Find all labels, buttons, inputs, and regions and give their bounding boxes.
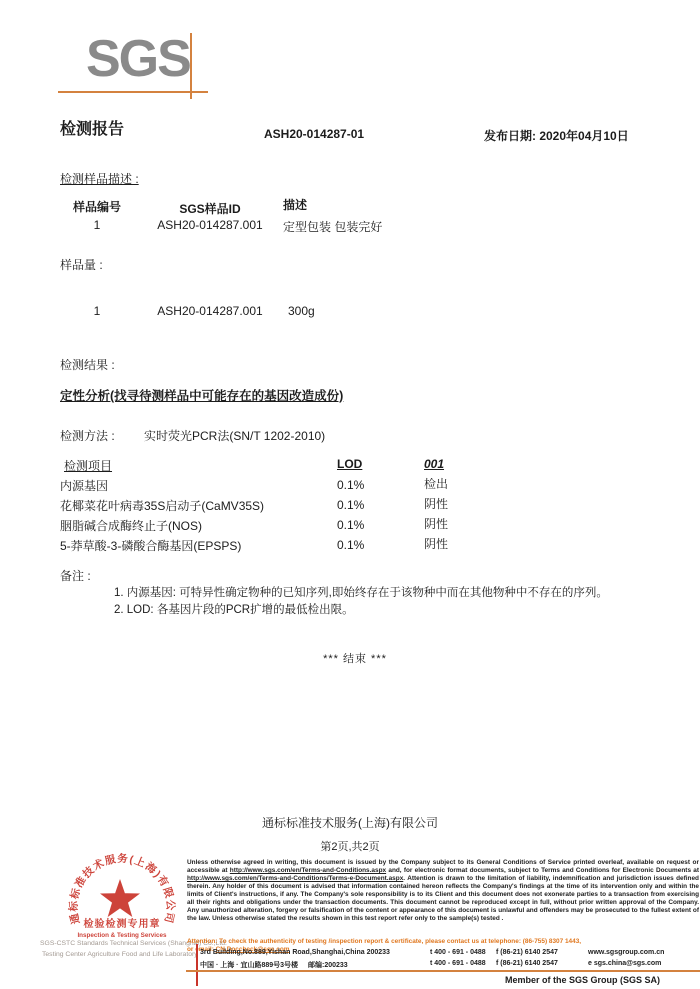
remarks-heading: 备注 :: [60, 567, 91, 584]
quantity-value: 300g: [288, 304, 315, 318]
quantity-sample-id: ASH20-014287.001: [139, 304, 281, 318]
website: www.sgsgroup.com.cn: [588, 949, 664, 956]
page-title: 检测报告: [60, 116, 124, 139]
column-header-sgs-sample-id: SGS样品ID: [139, 200, 281, 217]
logo-vertical-rule: [190, 33, 192, 99]
telephone-cn: t 400 - 691 - 0488: [430, 960, 486, 967]
qualitative-analysis-title: 定性分析(找寻待测样品中可能存在的基因改造成份): [60, 386, 343, 404]
report-number: ASH20-014287-01: [264, 127, 364, 141]
address-cn: 中国 · 上海 · 宜山路889号3号楼: [200, 960, 298, 970]
stamp-center-text-cn: 检验检测专用章: [84, 917, 161, 930]
result-value: 阴性: [424, 515, 448, 532]
result-value: 检出: [424, 475, 448, 492]
postcode-cn: 邮编:200233: [308, 960, 348, 970]
sgs-sample-id-value: ASH20-014287.001: [139, 218, 281, 232]
result-lod: 0.1%: [337, 498, 364, 512]
result-item-name: 花椰菜花叶病毒35S启动子(CaMV35S): [60, 497, 264, 514]
column-header-sample-no: 样品编号: [55, 198, 139, 215]
sgs-logo: SGS: [86, 31, 190, 88]
legal-disclaimer: Unless otherwise agreed in writing, this…: [187, 859, 699, 923]
fax-cn: f (86-21) 6140 2547: [496, 960, 558, 967]
method-value: 实时荧光PCR法(SN/T 1202-2010): [144, 427, 325, 444]
email: e sgs.china@sgs.com: [588, 960, 661, 967]
issue-date: 发布日期: 2020年04月10日: [484, 127, 629, 144]
result-item-name: 内源基因: [60, 477, 108, 494]
result-lod: 0.1%: [337, 478, 364, 492]
results-column-lod: LOD: [337, 457, 362, 471]
address-en: 3rd Building,No.889,Yishan Road,Shanghai…: [200, 949, 390, 956]
result-value: 阴性: [424, 495, 448, 512]
inspection-testing-stamp: 通标标准技术服务(上海)有限公司 检验检测专用章 Inspection & Te…: [60, 851, 184, 975]
quantity-sample-no: 1: [55, 304, 139, 318]
result-item-name: 胭脂碱合成酶终止子(NOS): [60, 517, 202, 534]
result-value: 阴性: [424, 535, 448, 552]
column-header-description: 描述: [283, 196, 307, 213]
result-item-name: 5-莽草酸-3-磷酸合酶基因(EPSPS): [60, 537, 241, 554]
footer-company-name: 通标标准技术服务(上海)有限公司: [0, 814, 700, 831]
footer-horizontal-rule: [186, 970, 700, 972]
results-column-item: 检测项目: [64, 457, 112, 474]
attention-line: Attention: To check the authenticity of …: [187, 938, 699, 946]
stamp-center-text-en: Inspection & Testing Services: [77, 932, 167, 939]
sample-no-value: 1: [55, 218, 139, 232]
end-of-report-marker: *** 结束 ***: [0, 650, 700, 666]
report-page: SGS 检测报告 ASH20-014287-01 发布日期: 2020年04月1…: [0, 0, 700, 989]
remark-item: 2. LOD: 各基因片段的PCR扩增的最低检出限。: [114, 601, 354, 617]
remark-item: 1. 内源基因: 可特异性确定物种的已知序列,即始终存在于该物种中而在其他物种中…: [114, 584, 608, 600]
star-icon: [100, 879, 140, 917]
telephone-en: t 400 - 691 - 0488: [430, 949, 486, 956]
results-heading: 检测结果 :: [60, 356, 115, 373]
result-lod: 0.1%: [337, 518, 364, 532]
sgs-membership-note: Member of the SGS Group (SGS SA): [0, 975, 660, 985]
method-label: 检测方法 :: [60, 427, 115, 444]
result-lod: 0.1%: [337, 538, 364, 552]
results-column-001: 001: [424, 457, 444, 471]
sample-quantity-heading: 样品量 :: [60, 256, 103, 273]
sample-packaging-description: 定型包装 包装完好: [283, 218, 382, 235]
fax-en: f (86-21) 6140 2547: [496, 949, 558, 956]
sample-description-heading: 检测样品描述 :: [60, 170, 139, 187]
logo-horizontal-rule: [58, 91, 208, 93]
